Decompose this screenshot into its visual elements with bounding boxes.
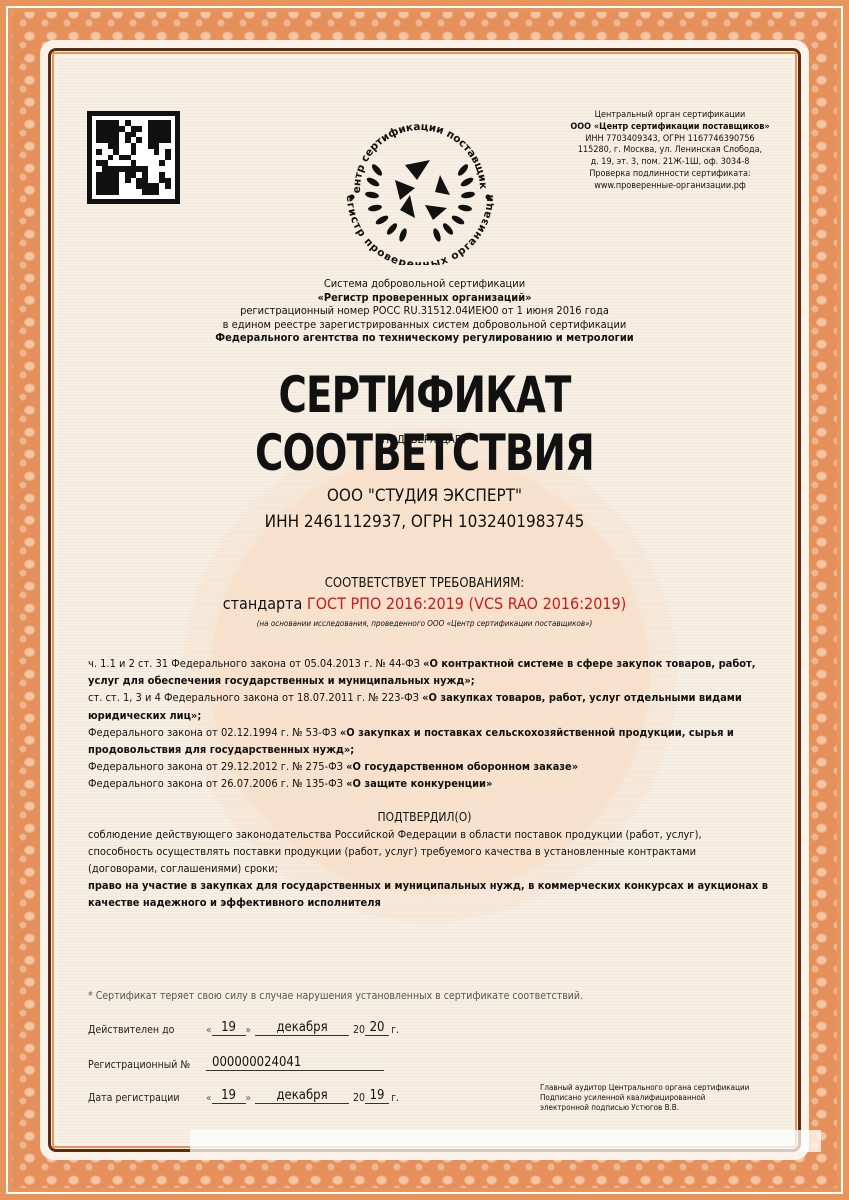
valid-until-day: 19: [212, 1020, 246, 1036]
registration-date-year: 19: [365, 1088, 389, 1104]
system-agency: Федерального агентства по техническому р…: [100, 331, 749, 345]
system-name: «Регистр проверенных организаций»: [100, 291, 749, 305]
org-info-address-2: д. 19, эт. 3, пом. 21Ж-1Ш, оф. 3034-8: [545, 157, 795, 169]
valid-until-label: Действителен до: [88, 1024, 206, 1036]
validity-note: * Сертификат теряет свою силу в случае н…: [88, 990, 768, 1002]
company-ids: ИНН 2461112937, ОГРН 1032401983745: [100, 509, 749, 535]
standard-name: ГОСТ РПО 2016:2019 (VCS RAO 2016:2019): [307, 594, 626, 613]
valid-until-month: декабря: [255, 1020, 349, 1036]
registration-number-row: Регистрационный № 000000024041: [88, 1055, 384, 1071]
requirements-heading: СООТВЕТСТВУЕТ ТРЕБОВАНИЯМ:: [100, 576, 749, 591]
registration-date-row: Дата регистрации « 19 » декабря 20 19 г.: [88, 1088, 399, 1104]
confirmed-paragraph-1: соблюдение действующего законодательства…: [88, 826, 768, 877]
confirmed-heading: ПОДТВЕРДИЛ(О): [100, 810, 749, 824]
confirmed-block: соблюдение действующего законодательства…: [88, 826, 768, 911]
company-block: ООО "СТУДИЯ ЭКСПЕРТ" ИНН 2461112937, ОГР…: [100, 483, 749, 535]
confirms-label: ПОДТВЕРЖДАЕТ: [100, 433, 749, 446]
law-item: ст. ст. 1, 3 и 4 Федерального закона от …: [88, 689, 768, 723]
company-name: ООО "СТУДИЯ ЭКСПЕРТ": [100, 483, 749, 509]
org-info-name: ООО «Центр сертификации поставщиков»: [545, 122, 795, 134]
laurel-seal-icon: Центр сертификации поставщиков Регистр п…: [335, 110, 505, 265]
system-registry: в едином реестре зарегистрированных сист…: [100, 318, 749, 332]
registration-date-label: Дата регистрации: [88, 1092, 206, 1104]
registration-number-value: 000000024041: [206, 1055, 384, 1071]
org-info-verify-link[interactable]: www.проверенные-организации.рф: [545, 181, 795, 193]
law-item: Федерального закона от 29.12.2012 г. № 2…: [88, 758, 768, 775]
confirmed-paragraph-2: право на участие в закупках для государс…: [88, 877, 768, 911]
system-line: Система добровольной сертификации: [100, 277, 749, 291]
valid-until-year: 20: [365, 1020, 389, 1036]
certification-system-info: Система добровольной сертификации «Регис…: [100, 277, 749, 345]
org-info-address: 115280, г. Москва, ул. Ленинская Слобода…: [545, 145, 795, 157]
org-info-line: Центральный орган сертификации: [545, 110, 795, 122]
laws-list: ч. 1.1 и 2 ст. 31 Федерального закона от…: [88, 655, 768, 793]
signer-title: Главный аудитор Центрального органа серт…: [540, 1083, 800, 1093]
qr-code-pattern: [92, 116, 175, 199]
signer-block: Главный аудитор Центрального органа серт…: [540, 1083, 800, 1113]
signer-signed-note: Подписано усиленной квалифицированной: [540, 1093, 800, 1103]
certification-body-info: Центральный орган сертификации ООО «Цент…: [545, 110, 795, 193]
bottom-overlay-strip: [190, 1130, 821, 1152]
registration-date-month: декабря: [255, 1088, 349, 1104]
system-reg-number: регистрационный номер РОСС RU.31512.04ИЕ…: [100, 304, 749, 318]
qr-code-icon: [87, 111, 180, 204]
basis-note: (на основании исследования, проведенного…: [100, 619, 749, 628]
org-info-ids: ИНН 7703409343, ОГРН 1167746390756: [545, 134, 795, 146]
law-item: Федерального закона от 02.12.1994 г. № 5…: [88, 724, 768, 758]
org-info-verify-label: Проверка подлинности сертификата:: [545, 169, 795, 181]
registration-date-day: 19: [212, 1088, 246, 1104]
standard-line: стандарта ГОСТ РПО 2016:2019 (VCS RAO 20…: [100, 594, 749, 613]
certificate-title: СЕРТИФИКАТ СООТВЕТСТВИЯ: [145, 366, 703, 482]
signer-name: электронной подписью Устюгов В.В.: [540, 1103, 800, 1113]
standard-prefix: стандарта: [223, 594, 307, 613]
valid-until-row: Действителен до « 19 » декабря 20 20 г.: [88, 1020, 399, 1036]
registration-number-label: Регистрационный №: [88, 1059, 206, 1071]
law-item: Федерального закона от 26.07.2006 г. № 1…: [88, 775, 768, 792]
law-item: ч. 1.1 и 2 ст. 31 Федерального закона от…: [88, 655, 768, 689]
